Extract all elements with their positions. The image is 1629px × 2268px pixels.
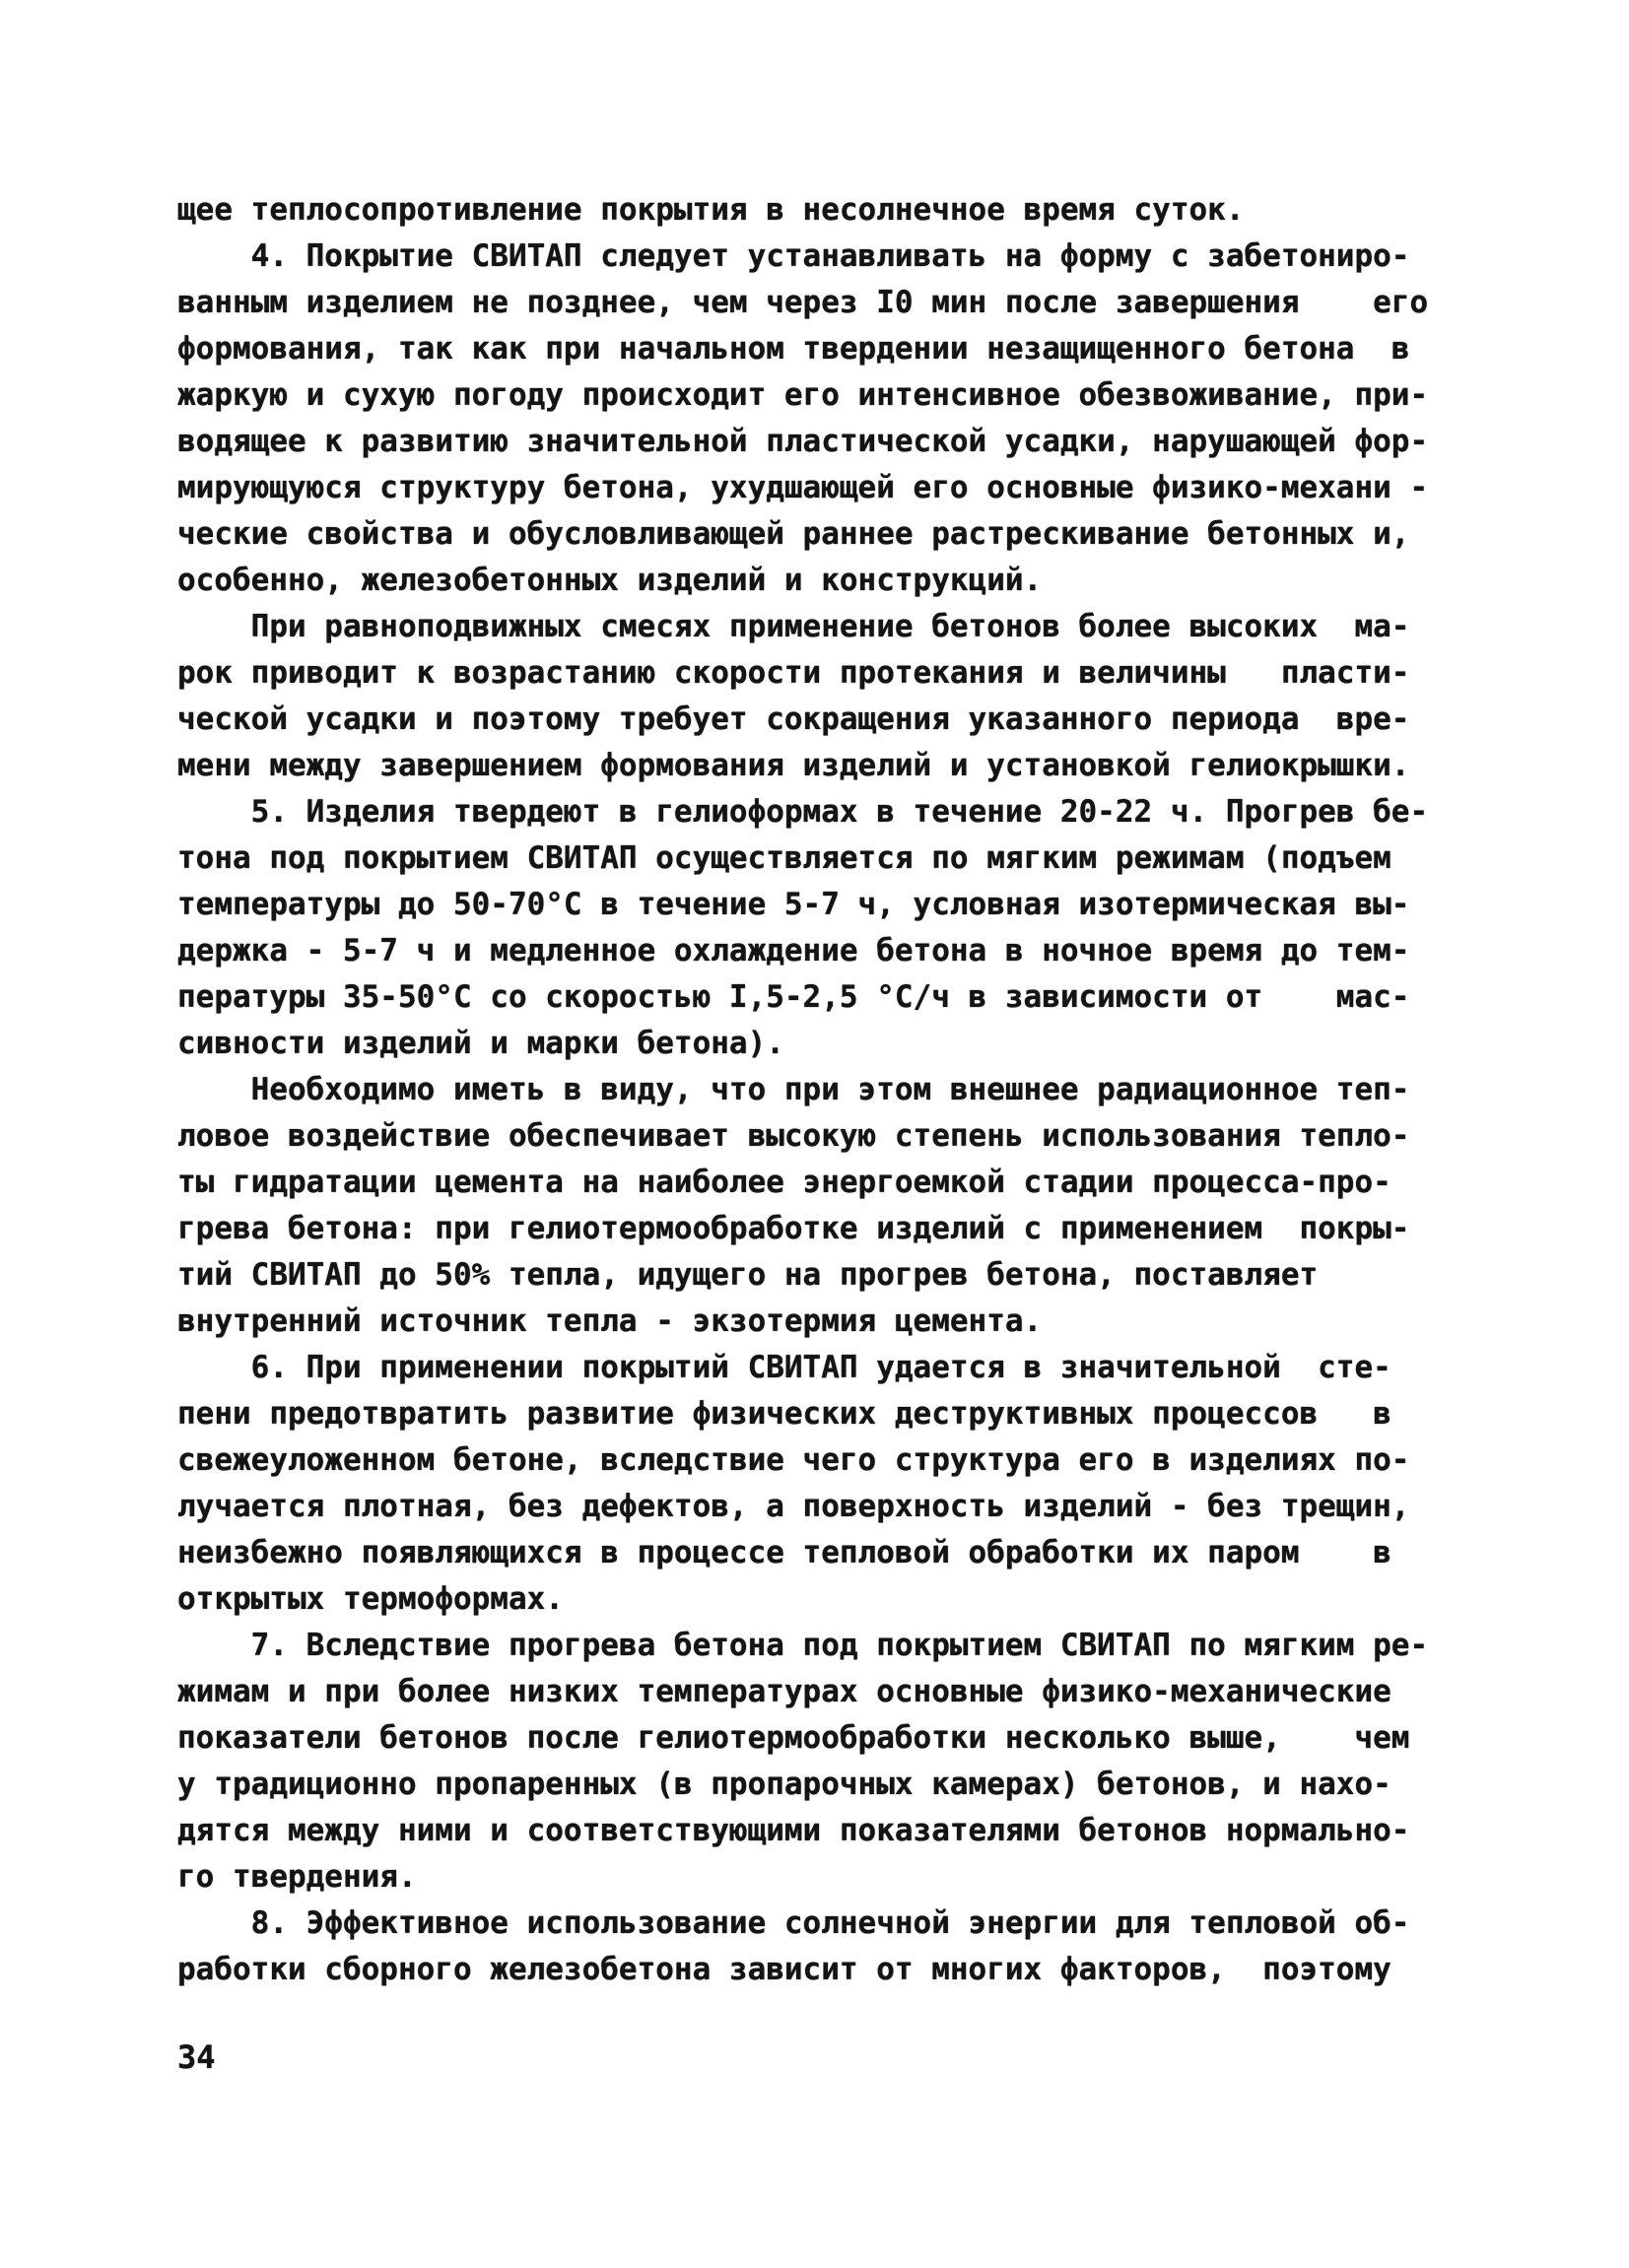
text-line: сивности изделий и марки бетона).	[177, 1021, 1498, 1067]
text-line: мени между завершением формования издели…	[177, 743, 1498, 789]
text-line: формования, так как при начальном тверде…	[177, 326, 1498, 372]
text-line: 8. Эффективное использование солнечной э…	[177, 1901, 1498, 1947]
text-line: внутренний источник тепла - экзотермия ц…	[177, 1299, 1498, 1345]
text-line: ческой усадки и поэтому требует сокращен…	[177, 697, 1498, 743]
text-line: температуры до 50-70°С в течение 5-7 ч, …	[177, 882, 1498, 928]
text-line: держка - 5-7 ч и медленное охлаждение бе…	[177, 928, 1498, 974]
text-line: мирующуюся структуру бетона, ухудшающей …	[177, 465, 1498, 511]
text-line: ловое воздействие обеспечивает высокую с…	[177, 1113, 1498, 1160]
text-line: 4. Покрытие СВИТАП следует устанавливать…	[177, 233, 1498, 280]
scanned-document-page: щее теплосопротивление покрытия в несолн…	[0, 0, 1629, 2268]
text-line: лучается плотная, без дефектов, а поверх…	[177, 1484, 1498, 1530]
text-line: ческие свойства и обусловливающей раннее…	[177, 511, 1498, 558]
text-line: жимам и при более низких температурах ос…	[177, 1669, 1498, 1715]
text-line: особенно, железобетонных изделий и конст…	[177, 558, 1498, 604]
text-line: пературы 35-50°С со скоростью I,5-2,5 °С…	[177, 974, 1498, 1021]
text-line: го твердения.	[177, 1854, 1498, 1901]
text-line: жаркую и сухую погоду происходит его инт…	[177, 372, 1498, 419]
text-line: свежеуложенном бетоне, вследствие чего с…	[177, 1437, 1498, 1484]
page-number: 34	[177, 2037, 216, 2077]
text-line: водящее к развитию значительной пластиче…	[177, 419, 1498, 465]
text-line: ванным изделием не позднее, чем через I0…	[177, 280, 1498, 326]
text-line: щее теплосопротивление покрытия в несолн…	[177, 187, 1498, 233]
text-line: 7. Вследствие прогрева бетона под покрыт…	[177, 1623, 1498, 1669]
text-line: у традиционно пропаренных (в пропарочных…	[177, 1762, 1498, 1808]
text-line: работки сборного железобетона зависит от…	[177, 1947, 1498, 1993]
text-line: 5. Изделия твердеют в гелиоформах в тече…	[177, 789, 1498, 835]
text-line: Необходимо иметь в виду, что при этом вн…	[177, 1067, 1498, 1113]
text-line: открытых термоформах.	[177, 1576, 1498, 1623]
text-line: показатели бетонов после гелиотермообраб…	[177, 1715, 1498, 1762]
text-line: пени предотвратить развитие физических д…	[177, 1391, 1498, 1437]
text-line: 6. При применении покрытий СВИТАП удаетс…	[177, 1345, 1498, 1391]
text-line: тона под покрытием СВИТАП осуществляется…	[177, 835, 1498, 882]
text-line: рок приводит к возрастанию скорости прот…	[177, 650, 1498, 697]
text-line: грева бетона: при гелиотермообработке из…	[177, 1206, 1498, 1252]
page-text: щее теплосопротивление покрытия в несолн…	[177, 187, 1498, 1993]
text-line: При равноподвижных смесях применение бет…	[177, 604, 1498, 650]
text-line: неизбежно появляющихся в процессе теплов…	[177, 1530, 1498, 1576]
text-line: ты гидратации цемента на наиболее энерго…	[177, 1160, 1498, 1206]
text-line: тий СВИТАП до 50% тепла, идущего на прог…	[177, 1252, 1498, 1299]
text-line: дятся между ними и соответствующими пока…	[177, 1808, 1498, 1854]
